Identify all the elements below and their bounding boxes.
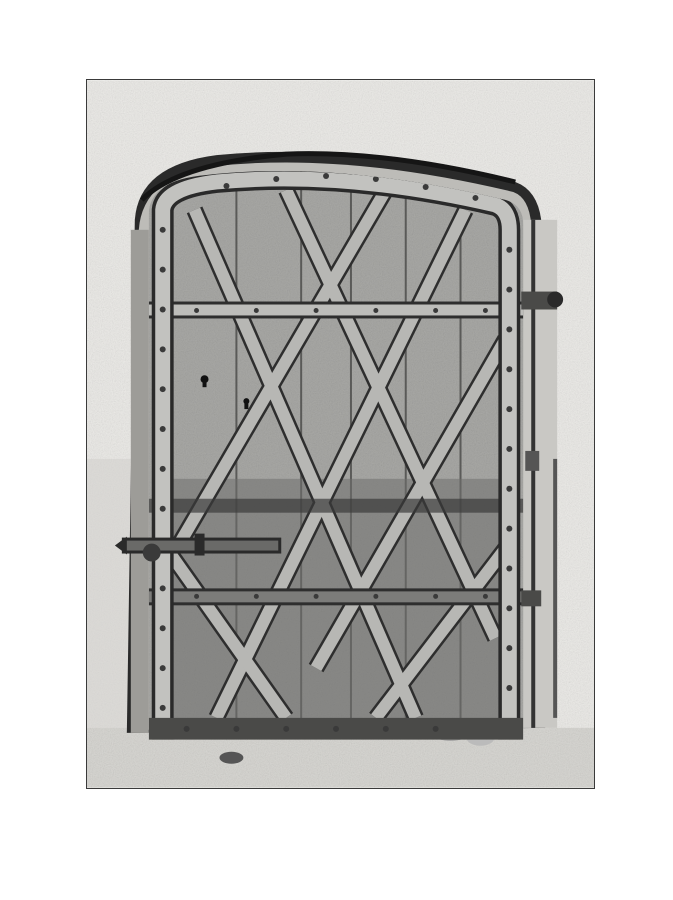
hinge-lower <box>521 590 541 606</box>
grass-tuft <box>219 752 243 764</box>
jamb-edge <box>553 459 557 718</box>
door-scene <box>87 80 594 788</box>
hinge-upper <box>521 292 563 310</box>
door <box>147 160 526 748</box>
hinge-middle <box>525 451 539 471</box>
door-jamb-left <box>131 230 149 733</box>
photograph <box>86 79 595 789</box>
